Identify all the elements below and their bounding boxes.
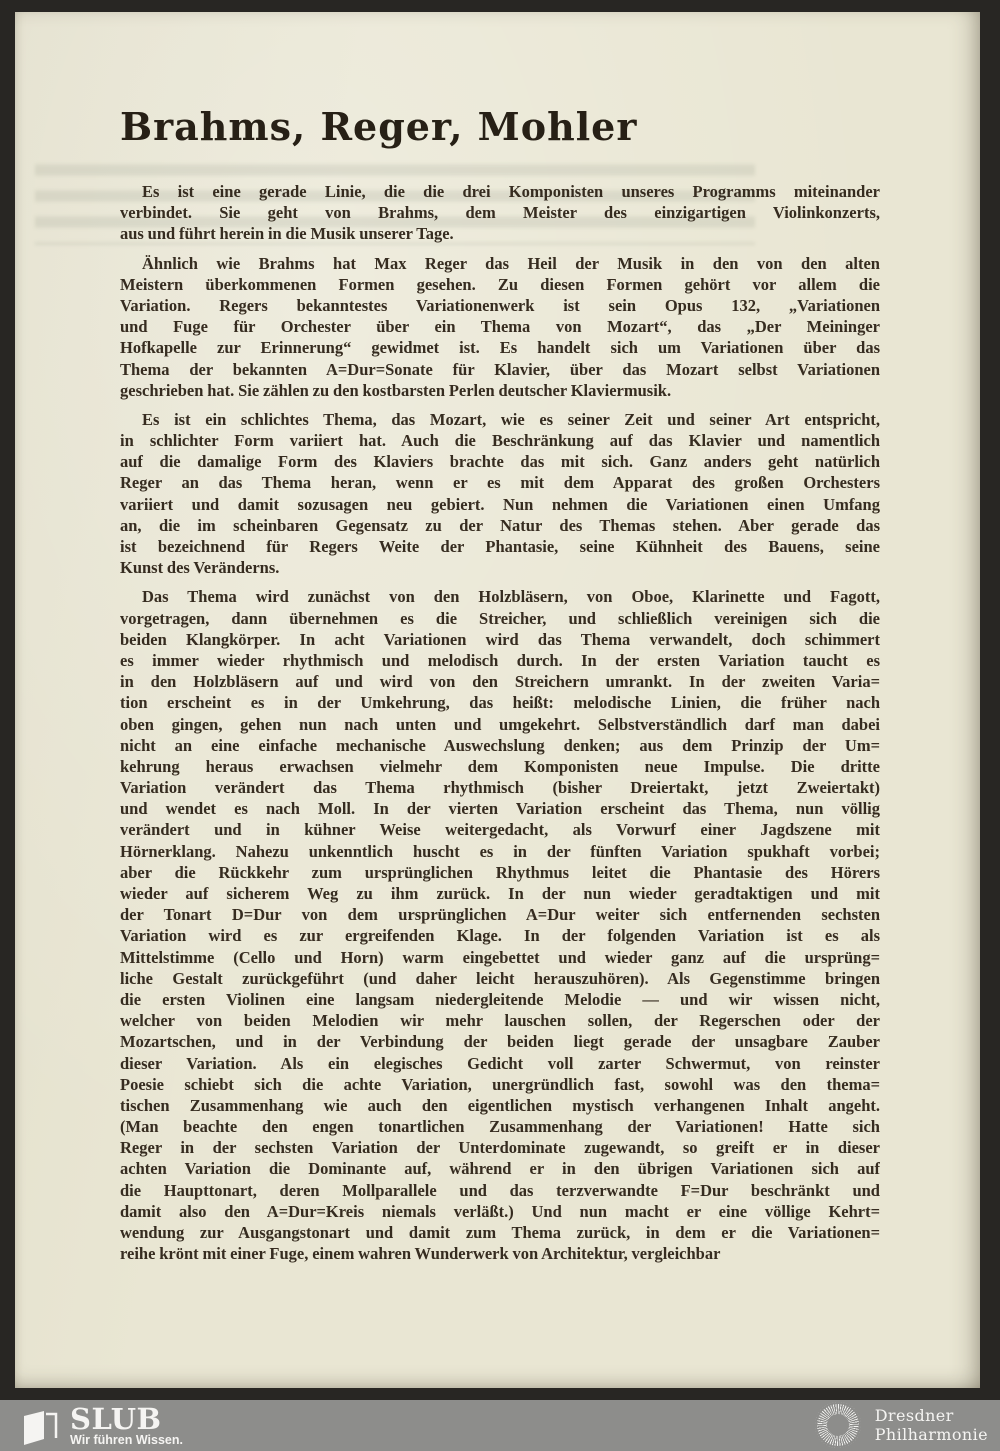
text-line: Mozartschen, und in der Verbindung der b… <box>120 1031 880 1052</box>
text-line: achten Variation die Dominante auf, währ… <box>120 1158 880 1179</box>
text-line: Thema der bekannten A=Dur=Sonate für Kla… <box>120 359 880 380</box>
scanned-page: Brahms, Reger, Mohler Es ist eine gerade… <box>15 12 980 1388</box>
slub-text-block: SLUB Wir führen Wissen. <box>70 1405 183 1447</box>
text-line: auf die damalige Form des Klaviers brach… <box>120 451 880 472</box>
text-line: kehrung heraus erwachsen vielmehr dem Ko… <box>120 756 880 777</box>
text-line: Meistern überkommenen Formen gesehen. Zu… <box>120 274 880 295</box>
text-line: variiert und damit sozusagen neu gebiert… <box>120 494 880 515</box>
text-line: Reger an das Thema heran, wenn er es mit… <box>120 472 880 493</box>
slub-wordmark: SLUB <box>70 1405 183 1433</box>
text-line: welcher von beiden Melodien wir mehr lau… <box>120 1010 880 1031</box>
philharmonie-logo[interactable]: Dresdner Philharmonie <box>815 1402 988 1448</box>
text-line: es immer wieder rhythmisch und melodisch… <box>120 650 880 671</box>
book-icon <box>22 1408 58 1448</box>
page-title: Brahms, Reger, Mohler <box>120 104 880 149</box>
philharmonie-text-block: Dresdner Philharmonie <box>875 1406 988 1444</box>
text-line: dieser Variation. Als ein elegisches Ged… <box>120 1053 880 1074</box>
text-line: Variation wird es zur ergreifenden Klage… <box>120 925 880 946</box>
text-line: Ähnlich wie Brahms hat Max Reger das Hei… <box>120 253 880 274</box>
slub-logo[interactable]: SLUB Wir führen Wissen. <box>22 1405 183 1448</box>
text-line: Hörnerklang. Nahezu unkenntlich huscht e… <box>120 841 880 862</box>
text-line: Kunst des Veränderns. <box>120 557 880 578</box>
text-line: in den Holzbläsern auf und wird von den … <box>120 671 880 692</box>
text-line: beiden Klangkörper. In acht Variationen … <box>120 629 880 650</box>
body-text: Es ist eine gerade Linie, die die drei K… <box>120 181 880 1264</box>
text-line: Es ist eine gerade Linie, die die drei K… <box>120 181 880 202</box>
text-line: und Fuge für Orchester über ein Thema vo… <box>120 316 880 337</box>
text-line: Variation. Regers bekanntestes Variation… <box>120 295 880 316</box>
viewer-page: { "document": { "title": "Brahms, Reger,… <box>0 0 1000 1451</box>
text-line: Variation verändert das Thema rhythmisch… <box>120 777 880 798</box>
text-line: reihe krönt mit einer Fuge, einem wahren… <box>120 1243 880 1264</box>
text-line: wendung zur Ausgangstonart und damit zum… <box>120 1222 880 1243</box>
text-line: wieder auf sicherem Weg zu ihm zurück. I… <box>120 883 880 904</box>
text-line: aber die Rückkehr zum ursprünglichen Rhy… <box>120 862 880 883</box>
text-line: Das Thema wird zunächst von den Holzbläs… <box>120 586 880 607</box>
text-line: ist bezeichnend für Regers Weite der Pha… <box>120 536 880 557</box>
paragraph: Das Thema wird zunächst von den Holzbläs… <box>120 586 880 1264</box>
text-line: an, die im scheinbaren Gegensatz zu der … <box>120 515 880 536</box>
text-line: Reger in der sechsten Variation der Unte… <box>120 1137 880 1158</box>
text-line: liche Gestalt zurückgeführt (und daher l… <box>120 968 880 989</box>
viewer-footer-bar: SLUB Wir führen Wissen. Dresdner Philhar… <box>0 1400 1000 1451</box>
text-line: vorgetragen, dann übernehmen es die Stre… <box>120 608 880 629</box>
text-line: damit also den A=Dur=Kreis niemals verlä… <box>120 1201 880 1222</box>
paragraph: Es ist ein schlichtes Thema, das Mozart,… <box>120 409 880 579</box>
page-content: Brahms, Reger, Mohler Es ist eine gerade… <box>120 12 880 1272</box>
text-line: Es ist ein schlichtes Thema, das Mozart,… <box>120 409 880 430</box>
philharmonie-line1: Dresdner <box>875 1406 988 1425</box>
sunburst-icon <box>815 1402 861 1448</box>
paragraph: Ähnlich wie Brahms hat Max Reger das Hei… <box>120 253 880 401</box>
paragraph: Es ist eine gerade Linie, die die drei K… <box>120 181 880 245</box>
text-line: und wendet es nach Moll. In der vierten … <box>120 798 880 819</box>
text-line: oben gingen, gehen nun nach unten und um… <box>120 714 880 735</box>
philharmonie-line2: Philharmonie <box>875 1425 988 1444</box>
slub-tagline: Wir führen Wissen. <box>70 1433 183 1447</box>
text-line: tion erscheint es in der Umkehrung, das … <box>120 692 880 713</box>
text-line: verbindet. Sie geht von Brahms, dem Meis… <box>120 202 880 223</box>
text-line: der Tonart D=Dur von dem ursprünglichen … <box>120 904 880 925</box>
text-line: in schlichter Form variiert hat. Auch di… <box>120 430 880 451</box>
text-line: Hofkapelle zur Erinnerung“ gewidmet ist.… <box>120 337 880 358</box>
text-line: Poesie schiebt sich die achte Variation,… <box>120 1074 880 1095</box>
text-line: verändert und in kühner Weise weitergeda… <box>120 819 880 840</box>
text-line: geschrieben hat. Sie zählen zu den kostb… <box>120 380 880 401</box>
text-line: Mittelstimme (Cello und Horn) warm einge… <box>120 947 880 968</box>
text-line: (Man beachte den engen tonartlichen Zusa… <box>120 1116 880 1137</box>
text-line: die ersten Violinen eine langsam niederg… <box>120 989 880 1010</box>
text-line: nicht an eine einfache mechanische Auswe… <box>120 735 880 756</box>
text-line: die Haupttonart, deren Mollparallele und… <box>120 1180 880 1201</box>
text-line: tischen Zusammenhang wie auch den eigent… <box>120 1095 880 1116</box>
text-line: aus und führt herein in die Musik unsere… <box>120 223 880 244</box>
